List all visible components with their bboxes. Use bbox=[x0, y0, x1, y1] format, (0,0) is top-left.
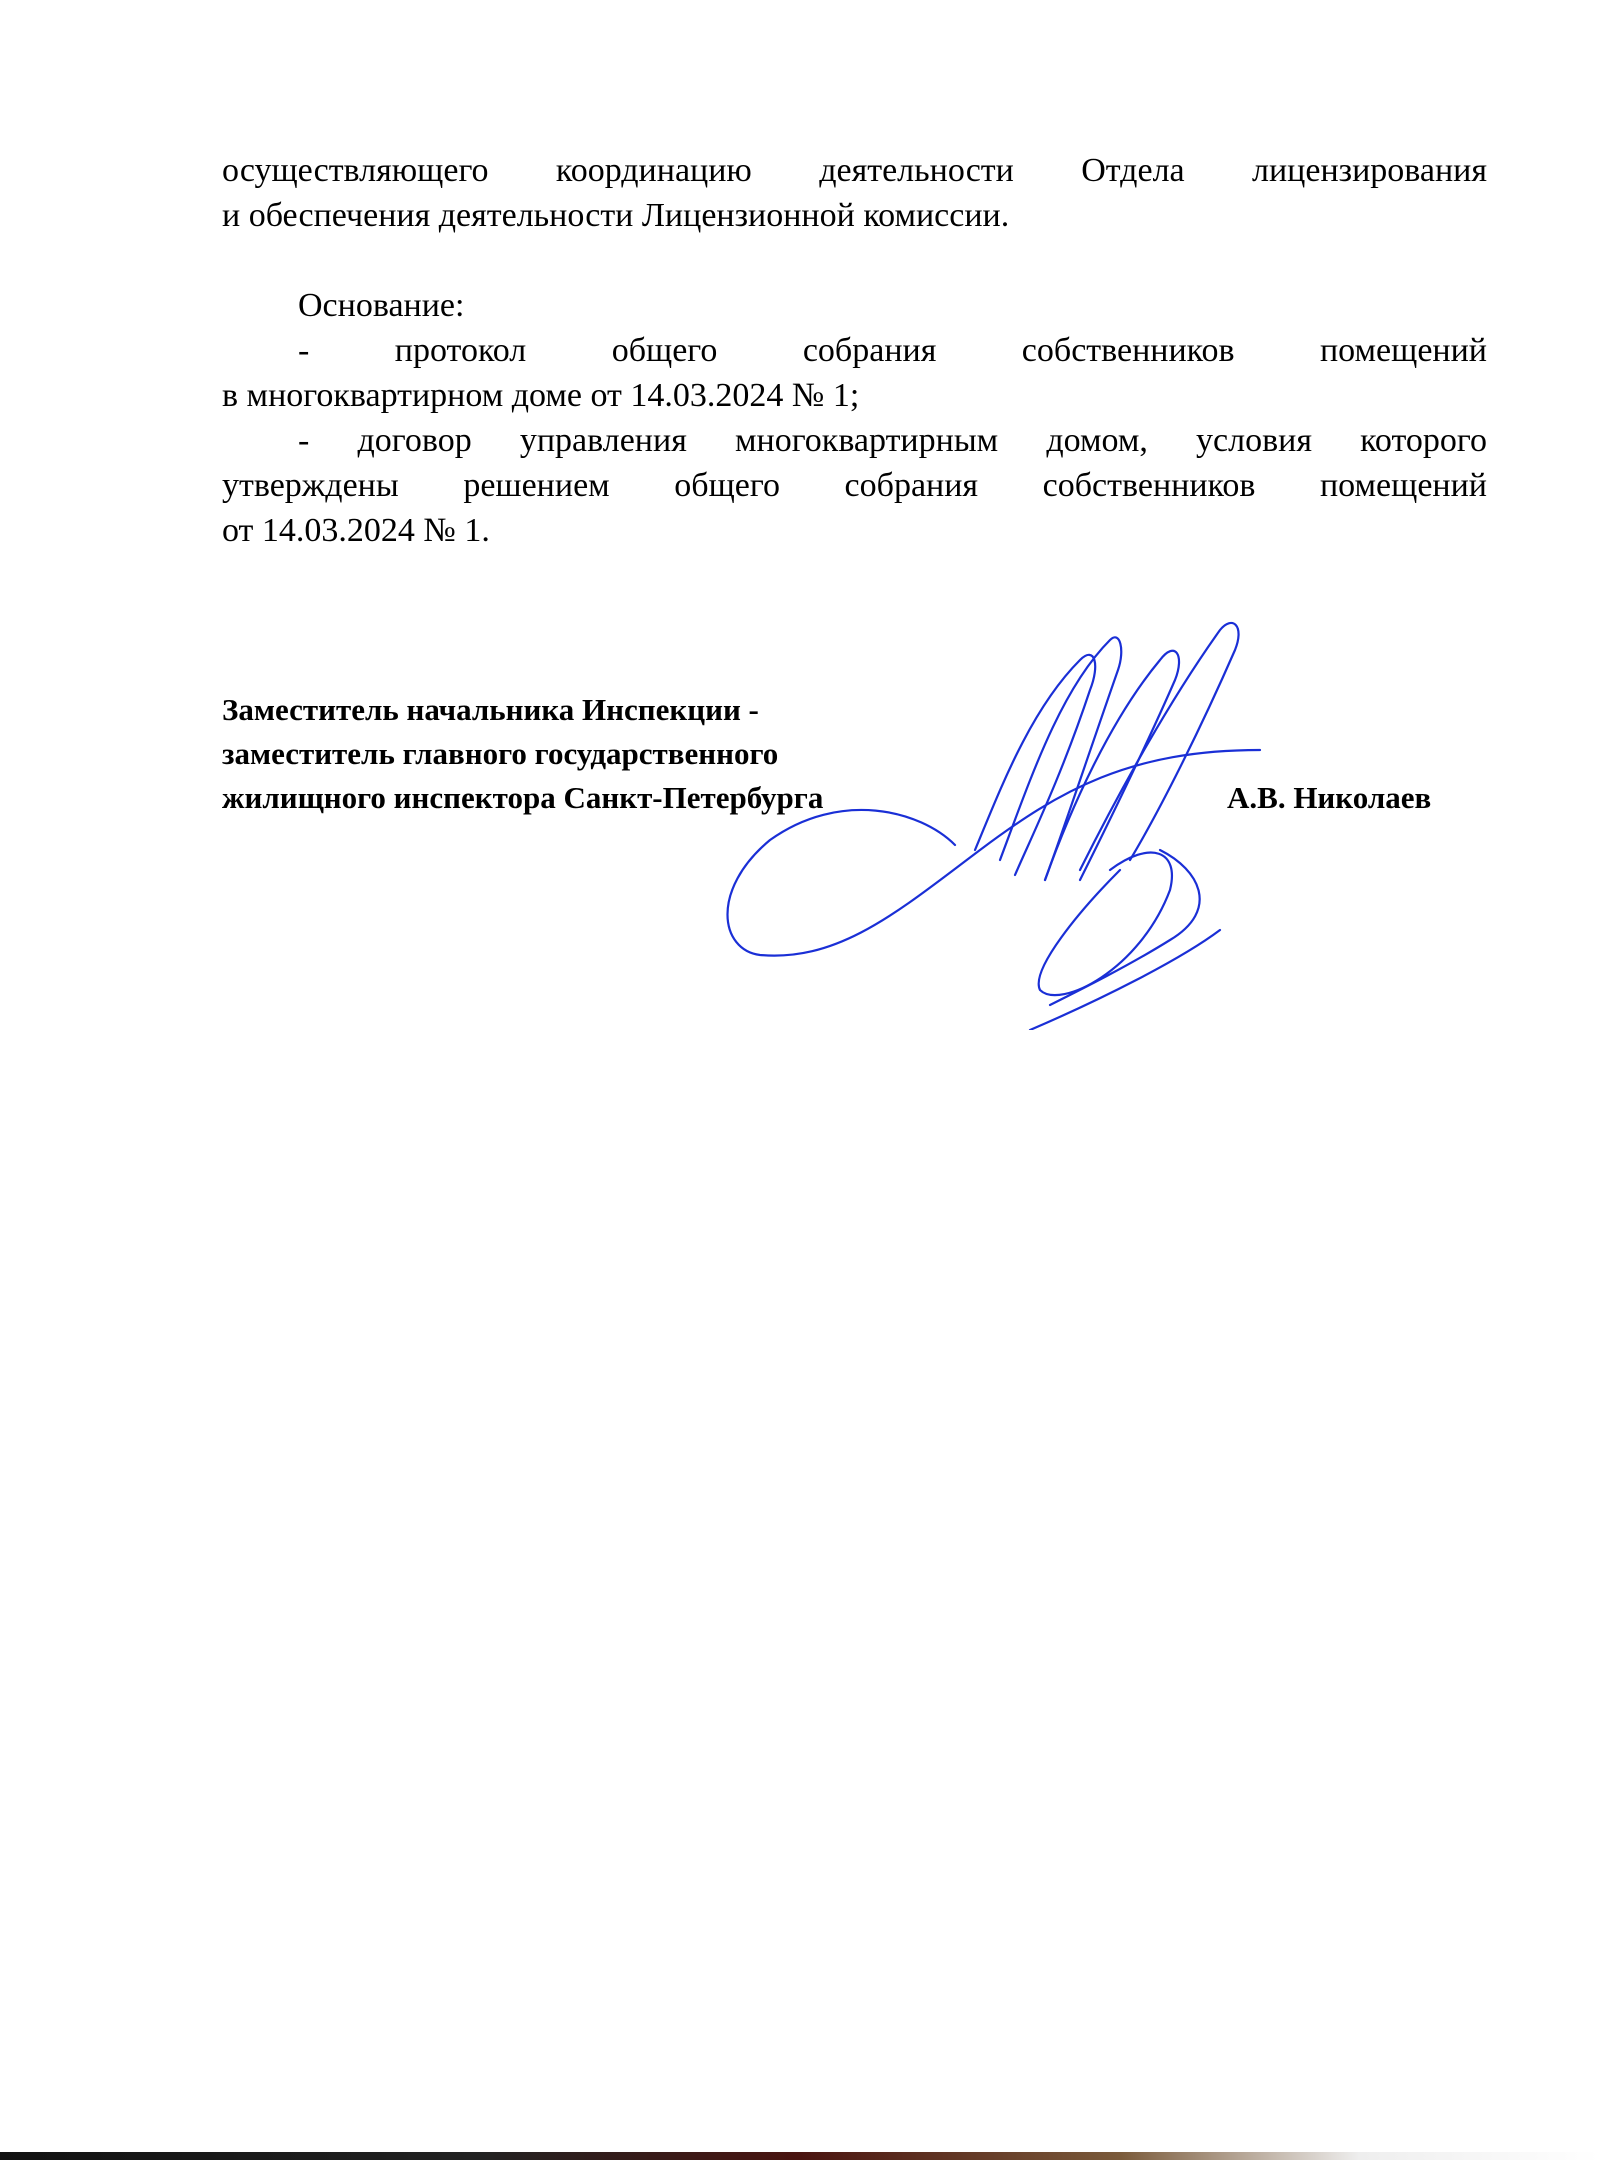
basis-item-1-line: - протокол общего собрания собственников… bbox=[222, 328, 1487, 373]
basis-item-2-line: от 14.03.2024 № 1. bbox=[222, 508, 1487, 553]
handwritten-signature-icon bbox=[700, 610, 1400, 1030]
signatory-name: А.В. Николаев bbox=[1227, 776, 1431, 820]
paragraph-line: осуществляющего координацию деятельности… bbox=[222, 148, 1487, 193]
document-page: осуществляющего координацию деятельности… bbox=[0, 0, 1599, 2160]
paragraph-line: и обеспечения деятельности Лицензионной … bbox=[222, 193, 1487, 238]
basis-item-1-line: в многоквартирном доме от 14.03.2024 № 1… bbox=[222, 373, 1487, 418]
scan-edge bbox=[0, 2152, 1599, 2160]
basis-item-2-line: утверждены решением общего собрания собс… bbox=[222, 463, 1487, 508]
basis-heading: Основание: bbox=[222, 283, 1487, 328]
basis-item-2-line: - договор управления многоквартирным дом… bbox=[222, 418, 1487, 463]
